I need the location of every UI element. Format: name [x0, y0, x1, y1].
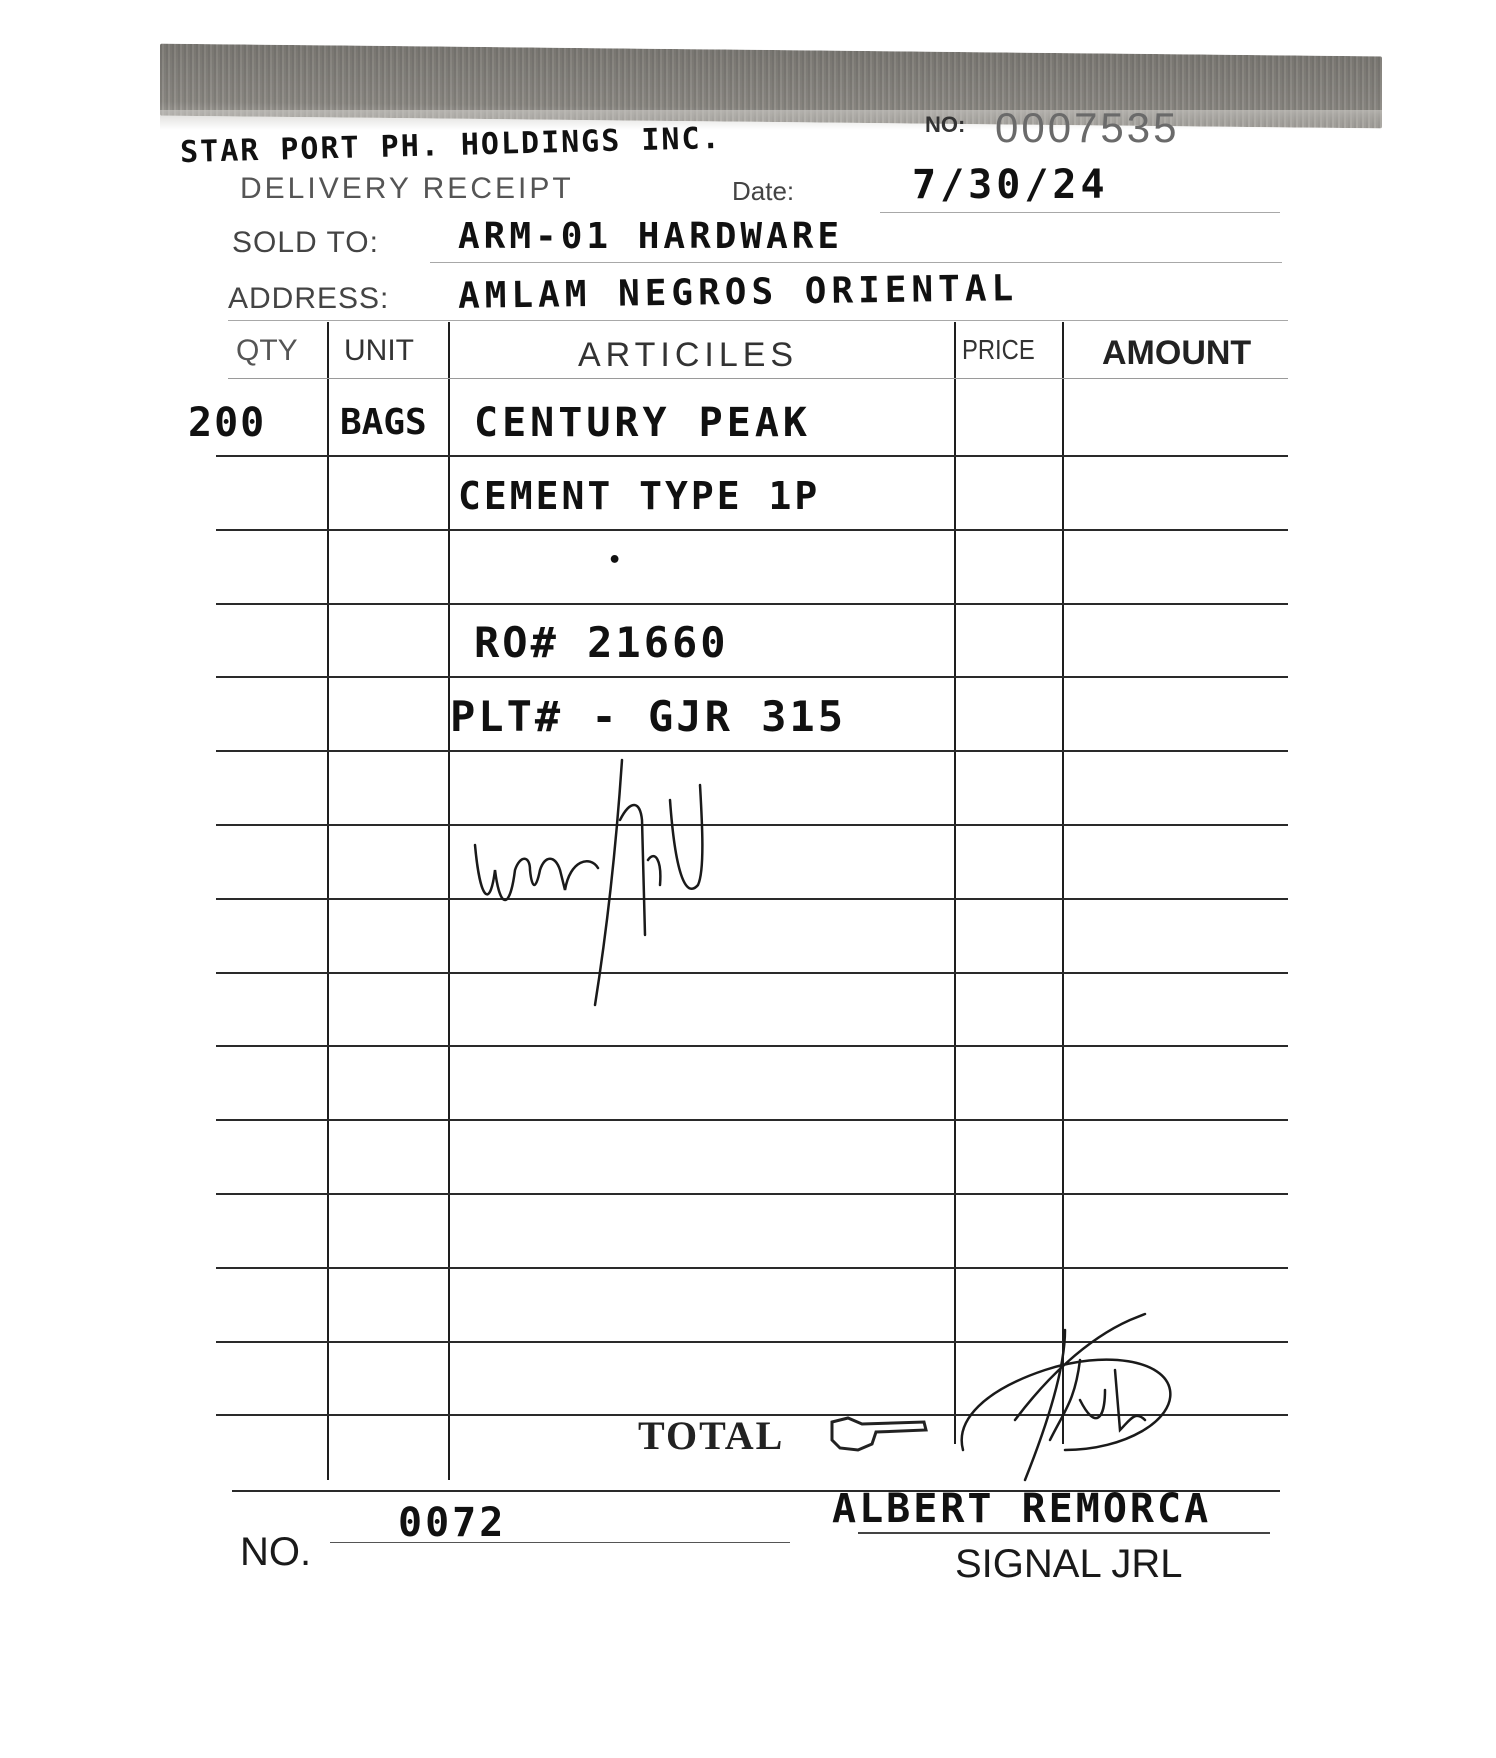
sold-to-underline [430, 262, 1282, 263]
pointing-hand-icon [828, 1414, 938, 1454]
date-label: Date: [732, 176, 794, 207]
header-qty: QTY [236, 334, 298, 368]
row-rule [228, 378, 1288, 379]
signatory-caption: SIGNAL JRL [955, 1542, 1182, 1587]
total-label: TOTAL [638, 1412, 784, 1459]
row-rule [216, 1193, 1288, 1195]
row-5-article: PLT# - GJR 315 [450, 692, 846, 741]
column-divider-price-amount [1062, 322, 1064, 1444]
row-2-article: CEMENT TYPE 1P [458, 474, 820, 518]
issuer-signature [955, 1300, 1185, 1490]
row-rule [216, 898, 1288, 900]
header-unit: UNIT [344, 334, 414, 368]
footer-no-underline [330, 1542, 790, 1543]
row-rule [216, 972, 1288, 974]
row-rule [216, 676, 1288, 678]
date-value: 7/30/24 [912, 162, 1109, 208]
row-1-article: CENTURY PEAK [474, 400, 811, 446]
footer-no-value: 0072 [398, 1500, 506, 1546]
signatory-underline [858, 1532, 1270, 1534]
row-1-qty: 200 [188, 400, 266, 446]
sold-to-label: SOLD TO: [232, 226, 379, 260]
column-divider-qty-unit [327, 322, 329, 1480]
sold-to-value: ARM-01 HARDWARE [458, 216, 843, 257]
row-rule [216, 750, 1288, 752]
header-amount: AMOUNT [1102, 334, 1251, 373]
row-1-unit: BAGS [340, 402, 427, 443]
receipt-no-label: NO: [925, 112, 965, 138]
signatory-name: ALBERT REMORCA [832, 1486, 1211, 1532]
row-rule [216, 1119, 1288, 1121]
address-value: AMLAM NEGROS ORIENTAL [458, 268, 1019, 317]
row-rule [216, 1267, 1288, 1269]
row-3-article: • [608, 548, 623, 573]
header-price: PRICE [962, 334, 1035, 366]
date-underline [880, 212, 1280, 213]
header-carbon-fade [160, 110, 1382, 130]
column-divider-unit-articles [448, 322, 450, 1480]
address-underline [228, 320, 1288, 321]
footer-no-label: NO. [240, 1530, 311, 1575]
row-rule [216, 824, 1288, 826]
receiver-signature [470, 760, 750, 1010]
row-rule [216, 529, 1288, 531]
row-rule [216, 455, 1288, 457]
receipt-number: 0007535 [995, 104, 1180, 152]
row-rule [216, 1045, 1288, 1047]
column-divider-articles-price [954, 322, 956, 1444]
row-4-article: RO# 21660 [474, 618, 729, 667]
address-label: ADDRESS: [228, 282, 389, 316]
document-title: DELIVERY RECEIPT [240, 172, 574, 206]
header-articles: ARTICILES [578, 336, 798, 375]
row-rule [216, 603, 1288, 605]
